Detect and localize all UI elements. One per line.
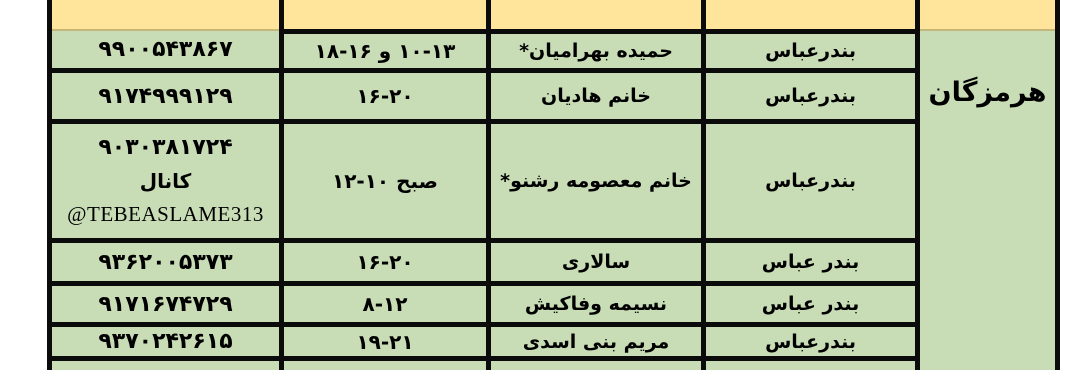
time-cell-partial xyxy=(284,361,486,370)
time-cell: صبح ۱۰-۱۲ xyxy=(284,124,486,238)
city-cell: بندر عباس xyxy=(706,243,915,281)
channel-handle: @TEBEASLAME313 xyxy=(67,202,264,227)
phone-cell: ۹۳۷۰۲۴۲۶۱۵ xyxy=(52,327,279,356)
phone-cell: ۹۱۷۴۹۹۹۱۲۹ xyxy=(52,73,279,119)
time-cell: ۸-۱۲ xyxy=(284,286,486,322)
phone-cell: ۹۳۶۲۰۰۵۳۷۳ xyxy=(52,243,279,281)
name-cell: مریم بنی اسدی xyxy=(491,327,701,356)
time-cell: ۱۰-۱۳ و ۱۶-۱۸ xyxy=(284,34,486,68)
header-cell-time xyxy=(284,0,486,29)
channel-label: کانال xyxy=(140,169,192,193)
province-label: هرمزگان xyxy=(920,70,1055,114)
city-cell: بندرعباس xyxy=(706,73,915,119)
phone-cell: ۹۱۷۱۶۷۴۷۲۹ xyxy=(52,286,279,322)
name-cell: سالاری xyxy=(491,243,701,281)
name-cell: خانم هادیان xyxy=(491,73,701,119)
phone-number: ۹۰۳۰۳۸۱۷۲۴ xyxy=(98,135,232,160)
phone-cell: ۹۹۰۰۵۴۳۸۶۷ xyxy=(52,31,279,68)
city-cell: بندرعباس xyxy=(706,34,915,68)
spreadsheet-table: هرمزگان ۹۹۰۰۵۴۳۸۶۷ ۱۰-۱۳ و ۱۶-۱۸ حمیده ب… xyxy=(0,0,1080,370)
name-cell: حمیده بهرامیان* xyxy=(491,34,701,68)
name-cell: خانم معصومه رشنو* xyxy=(491,124,701,238)
header-cell-name xyxy=(491,0,701,29)
header-cell-phone xyxy=(52,0,279,31)
city-cell: بندر عباس xyxy=(706,286,915,322)
name-cell-partial xyxy=(491,361,701,370)
phone-cell-partial xyxy=(52,361,279,370)
header-cell-city xyxy=(706,0,915,29)
time-cell: ۱۹-۲۱ xyxy=(284,327,486,356)
header-cell-province xyxy=(920,0,1055,31)
time-cell: ۱۶-۲۰ xyxy=(284,243,486,281)
phone-cell: ۹۰۳۰۳۸۱۷۲۴ کانال @TEBEASLAME313 xyxy=(52,124,279,238)
city-cell: بندرعباس xyxy=(706,124,915,238)
name-cell: نسیمه وفاکیش xyxy=(491,286,701,322)
city-cell: بندرعباس xyxy=(706,327,915,356)
city-cell-partial xyxy=(706,361,915,370)
time-cell: ۱۶-۲۰ xyxy=(284,73,486,119)
